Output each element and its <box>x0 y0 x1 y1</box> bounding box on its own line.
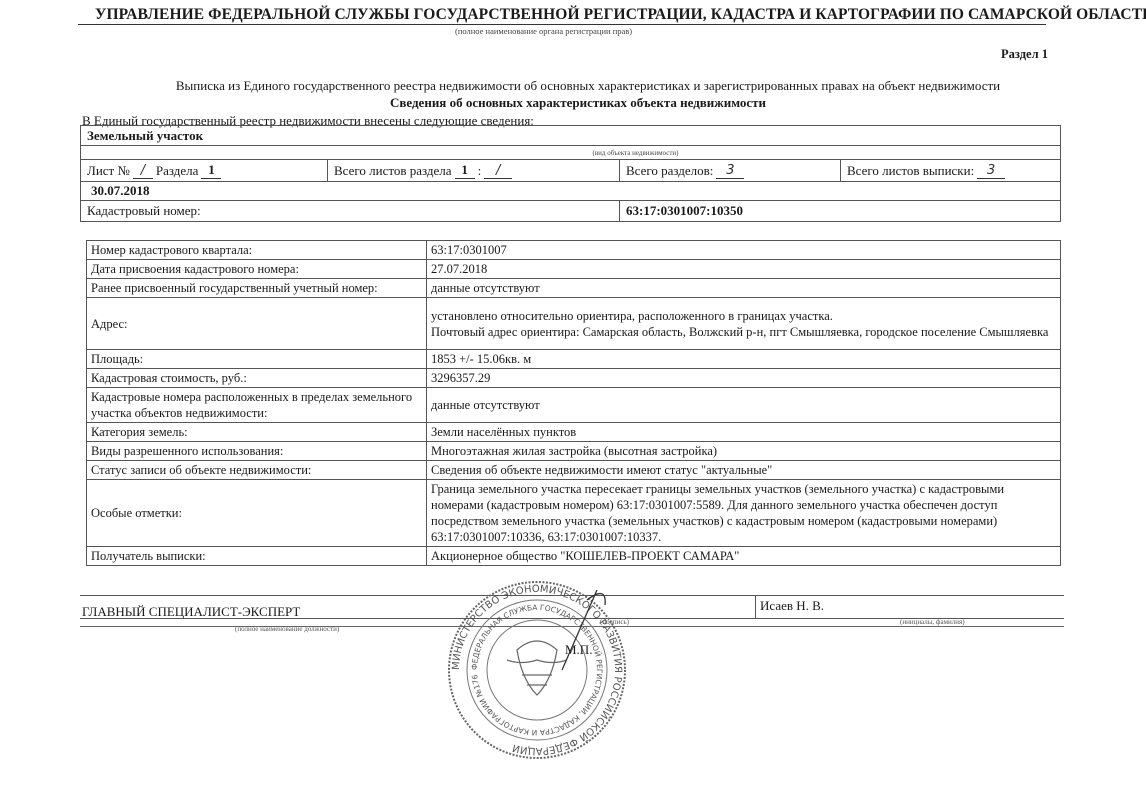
table-row: Номер кадастрового квартала:63:17:030100… <box>87 241 1061 260</box>
signer-position: ГЛАВНЫЙ СПЕЦИАЛИСТ-ЭКСПЕРТ <box>82 604 300 620</box>
organization-title: УПРАВЛЕНИЕ ФЕДЕРАЛЬНОЙ СЛУЖБЫ ГОСУДАРСТВ… <box>95 6 1045 24</box>
object-type: Земельный участок <box>81 126 209 145</box>
row-value: Сведения об объекте недвижимости имеют с… <box>427 461 1061 480</box>
row-label: Виды разрешенного использования: <box>87 442 427 461</box>
cadastral-number-label: Кадастровый номер: <box>81 201 619 221</box>
eagle-emblem-icon <box>507 641 567 695</box>
sheet-label: Лист № <box>87 163 130 179</box>
total-sections-label: Всего разделов: <box>626 163 713 179</box>
total-sheets-label: Всего листов выписки: <box>847 163 974 179</box>
row-label: Категория земель: <box>87 423 427 442</box>
table-row: Категория земель:Земли населённых пункто… <box>87 423 1061 442</box>
table-row: Статус записи об объекте недвижимости:Св… <box>87 461 1061 480</box>
section-ref-value: 1 <box>201 162 221 179</box>
row-label: Дата присвоения кадастрового номера: <box>87 260 427 279</box>
row-value: Земли населённых пунктов <box>427 423 1061 442</box>
document-subtitle: Сведения об основных характеристиках объ… <box>0 95 1146 111</box>
row-label: Кадастровые номера расположенных в преде… <box>87 388 427 423</box>
row-value: Многоэтажная жилая застройка (высотная з… <box>427 442 1061 461</box>
row-value: Акционерное общество "КОШЕЛЕВ-ПРОЕКТ САМ… <box>427 547 1061 566</box>
total-sections-cell: Всего разделов: 3 <box>619 160 840 181</box>
document-title: Выписка из Единого государственного реес… <box>0 78 1146 94</box>
row-label: Номер кадастрового квартала: <box>87 241 427 260</box>
row-value: 27.07.2018 <box>427 260 1061 279</box>
sheet-number-cell: Лист № / Раздела 1 <box>81 160 327 181</box>
total-sheets-section-cell: Всего листов раздела 1: / <box>327 160 619 181</box>
table-row: Виды разрешенного использования:Многоэта… <box>87 442 1061 461</box>
details-table: Номер кадастрового квартала:63:17:030100… <box>86 240 1061 566</box>
table-row: Особые отметки:Граница земельного участк… <box>87 480 1061 547</box>
table-row: Площадь:1853 +/- 15.06кв. м <box>87 350 1061 369</box>
row-label: Адрес: <box>87 298 427 350</box>
section-ref-label: Раздела <box>156 163 199 179</box>
total-sections-value: 3 <box>716 163 744 179</box>
total-sheets-section-num: 1 <box>455 162 475 179</box>
object-header-block: Земельный участок (вид объекта недвижимо… <box>80 125 1061 222</box>
row-value: Граница земельного участка пересекает гр… <box>427 480 1061 547</box>
row-label: Особые отметки: <box>87 480 427 547</box>
divider <box>78 24 1046 25</box>
row-label: Кадастровая стоимость, руб.: <box>87 369 427 388</box>
organization-caption: (полное наименование органа регистрации … <box>455 26 632 36</box>
table-row: Кадастровая стоимость, руб.:3296357.29 <box>87 369 1061 388</box>
official-seal-icon: МИНИСТЕРСТВО ЭКОНОМИЧЕСКОГО РАЗВИТИЯ РОС… <box>447 580 627 760</box>
total-sheets-section-label: Всего листов раздела <box>334 163 452 179</box>
row-label: Получатель выписки: <box>87 547 427 566</box>
row-label: Площадь: <box>87 350 427 369</box>
row-label: Статус записи об объекте недвижимости: <box>87 461 427 480</box>
sheet-value: / <box>133 163 153 179</box>
row-value: 3296357.29 <box>427 369 1061 388</box>
total-sheets-section-value: / <box>484 163 512 179</box>
extract-date: 30.07.2018 <box>81 182 156 200</box>
section-label: Раздел 1 <box>1001 47 1048 62</box>
table-row: Адрес:установлено относительно ориентира… <box>87 298 1061 350</box>
object-type-caption: (вид объекта недвижимости) <box>463 149 679 157</box>
total-sheets-value: 3 <box>977 163 1005 179</box>
signer-name: Исаев Н. В. <box>760 598 824 614</box>
row-label: Ранее присвоенный государственный учетны… <box>87 279 427 298</box>
total-sheets-cell: Всего листов выписки: 3 <box>840 160 1060 181</box>
svg-text:ФЕДЕРАЛЬНАЯ СЛУЖБА ГОСУДАРСТВЕ: ФЕДЕРАЛЬНАЯ СЛУЖБА ГОСУДАРСТВЕННОЙ РЕГИС… <box>470 603 604 737</box>
table-row: Ранее присвоенный государственный учетны… <box>87 279 1061 298</box>
row-value: установлено относительно ориентира, расп… <box>427 298 1061 350</box>
cadastral-number: 63:17:0301007:10350 <box>619 201 1060 221</box>
seal-inner-text: ФЕДЕРАЛЬНАЯ СЛУЖБА ГОСУДАРСТВЕННОЙ РЕГИС… <box>470 603 604 737</box>
row-value: 1853 +/- 15.06кв. м <box>427 350 1061 369</box>
row-value: данные отсутствуют <box>427 279 1061 298</box>
row-value: 63:17:0301007 <box>427 241 1061 260</box>
table-row: Дата присвоения кадастрового номера:27.0… <box>87 260 1061 279</box>
position-caption: (полное наименование должности) <box>235 625 339 633</box>
name-caption: (инициалы, фамилия) <box>900 618 965 626</box>
table-row: Получатель выписки:Акционерное общество … <box>87 547 1061 566</box>
table-row: Кадастровые номера расположенных в преде… <box>87 388 1061 423</box>
row-value: данные отсутствуют <box>427 388 1061 423</box>
stamp-mark: М.П. <box>565 642 592 658</box>
divider <box>755 595 756 619</box>
